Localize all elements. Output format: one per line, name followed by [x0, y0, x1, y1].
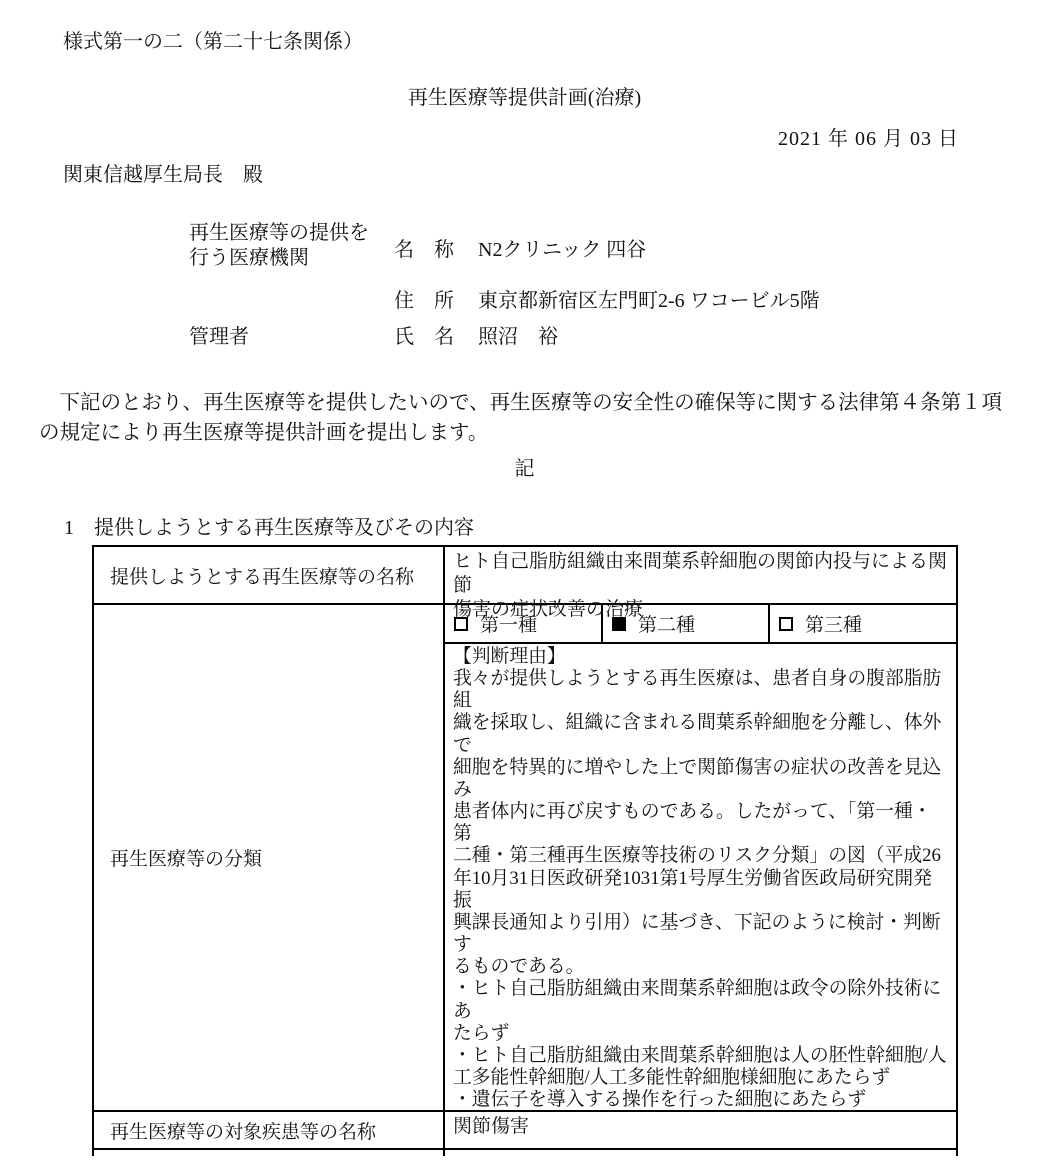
next-row-partial-value-cell [445, 1150, 956, 1156]
classification-reason-text: 【判断理由】 我々が提供しようとする再生医療は、患者自身の腹部脂肪組 織を採取し… [445, 644, 956, 1110]
next-row-partial-label-cell [94, 1150, 445, 1156]
treatment-name-row: 提供しようとする再生医療等の名称 ヒト自己脂肪組織由来間葉系幹細胞の関節内投与に… [94, 547, 956, 605]
classification-options-row: 第一種 第二種 第三種 [445, 605, 956, 644]
type3-label: 第三種 [805, 610, 862, 637]
classification-row: 再生医療等の分類 第一種 第二種 第三種 【判断理由 [94, 605, 956, 1112]
name-value: N2クリニック 四谷 [478, 238, 646, 263]
treatment-name-value: ヒト自己脂肪組織由来間葉系幹細胞の関節内投与による関節 傷害の症状改善の治療 [445, 547, 956, 603]
type3-checkbox-icon [779, 617, 793, 631]
class-type3-cell: 第三種 [770, 605, 956, 642]
intro-paragraph: 下記のとおり、再生医療等を提供したいので、再生医療等の安全性の確保等に関する法律… [39, 388, 1015, 448]
provider-org-label: 再生医療等の提供を 行う医療機関 [189, 221, 369, 271]
form-number-text: 様式第一の二（第二十七条関係） [63, 30, 363, 55]
class-type2-cell: 第二種 [603, 605, 770, 642]
disease-row: 再生医療等の対象疾患等の名称 関節傷害 [94, 1112, 956, 1150]
next-row-partial [94, 1150, 956, 1156]
class-type1-cell: 第一種 [445, 605, 603, 642]
type2-label: 第二種 [638, 610, 695, 637]
disease-value: 関節傷害 [445, 1112, 956, 1148]
address-value: 東京都新宿区左門町2-6 ワコービル5階 [478, 289, 820, 314]
addressee-text: 関東信越厚生局長 殿 [63, 163, 263, 188]
type2-checkbox-icon [612, 617, 626, 631]
address-label: 住 所 [394, 289, 460, 314]
manager-label: 管理者 [189, 325, 249, 350]
type1-label: 第一種 [480, 610, 537, 637]
disease-label: 再生医療等の対象疾患等の名称 [94, 1112, 445, 1148]
classification-label: 再生医療等の分類 [94, 605, 445, 1110]
section-1-heading: 1 提供しようとする再生医療等及びその内容 [64, 516, 474, 541]
type1-checkbox-icon [454, 617, 468, 631]
manager-name-label: 氏 名 [394, 325, 460, 350]
treatment-name-label: 提供しようとする再生医療等の名称 [94, 547, 445, 603]
manager-name-line: 氏 名 照沼 裕 [394, 325, 558, 350]
provider-address-line: 住 所 東京都新宿区左門町2-6 ワコービル5階 [394, 289, 820, 314]
date-text: 2021 年 06 月 03 日 [778, 127, 959, 152]
section1-table: 提供しようとする再生医療等の名称 ヒト自己脂肪組織由来間葉系幹細胞の関節内投与に… [92, 545, 958, 1156]
classification-content: 第一種 第二種 第三種 【判断理由】 我々が提供しようとする再生医療は、患者自身… [445, 605, 956, 1110]
provider-name-line: 名 称 N2クリニック 四谷 [394, 238, 646, 263]
document-page: 様式第一の二（第二十七条関係） 再生医療等提供計画(治療) 2021 年 06 … [0, 0, 1049, 1175]
document-title: 再生医療等提供計画(治療) [0, 86, 1049, 111]
name-label: 名 称 [394, 238, 460, 263]
ki-marker: 記 [0, 457, 1049, 482]
manager-name-value: 照沼 裕 [478, 325, 558, 350]
